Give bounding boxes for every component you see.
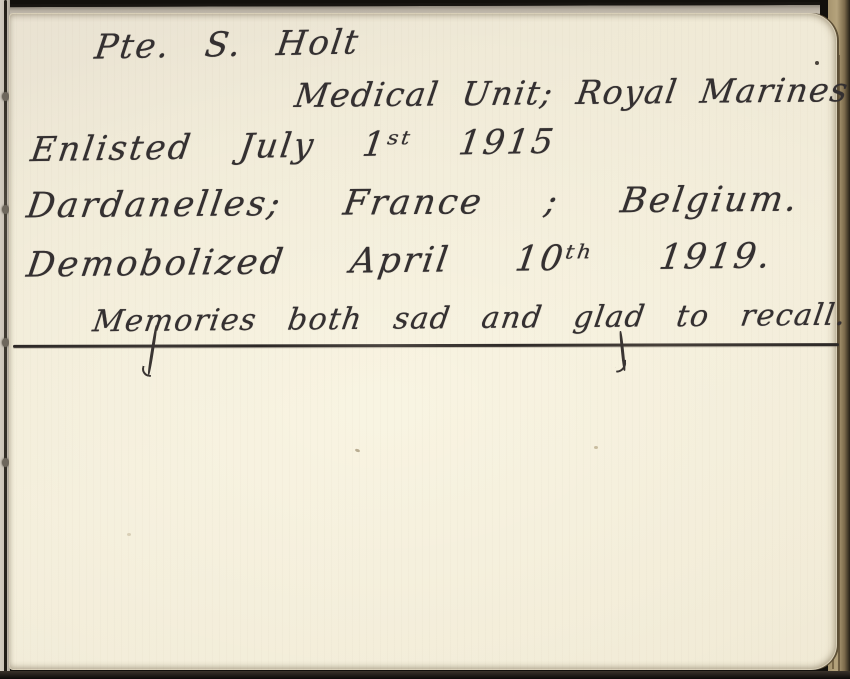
binding-stitch — [2, 458, 9, 467]
album-page: Pte. S. Holt Medical Unit; Royal Marines… — [9, 13, 837, 670]
binding-stitch — [2, 338, 9, 347]
paper-speck — [355, 448, 361, 453]
paper-speck — [594, 446, 598, 449]
ink-speck — [815, 61, 819, 65]
handwritten-line-unit: Medical Unit; Royal Marines. — [292, 70, 850, 115]
bottom-page-shadow — [0, 671, 850, 679]
binding-edge — [4, 0, 7, 674]
handwritten-line-demobolized: Demobolized April 10ᵗʰ 1919. — [24, 236, 775, 285]
pen-flourish-loop — [619, 331, 626, 371]
binding-stitch — [2, 92, 9, 101]
paper-speck — [127, 533, 131, 536]
binding-stitch — [2, 205, 9, 214]
handwritten-line-campaigns: Dardanelles; France ; Belgium. — [24, 180, 802, 227]
hand-drawn-rule — [13, 343, 839, 348]
scanned-album-photo: Pte. S. Holt Medical Unit; Royal Marines… — [0, 0, 850, 679]
handwritten-line-name: Pte. S. Holt — [92, 22, 362, 67]
handwritten-line-enlisted: Enlisted July 1ˢᵗ 1915 — [28, 122, 558, 170]
handwritten-line-verse: Memories both sad and glad to recall. — [90, 298, 849, 340]
